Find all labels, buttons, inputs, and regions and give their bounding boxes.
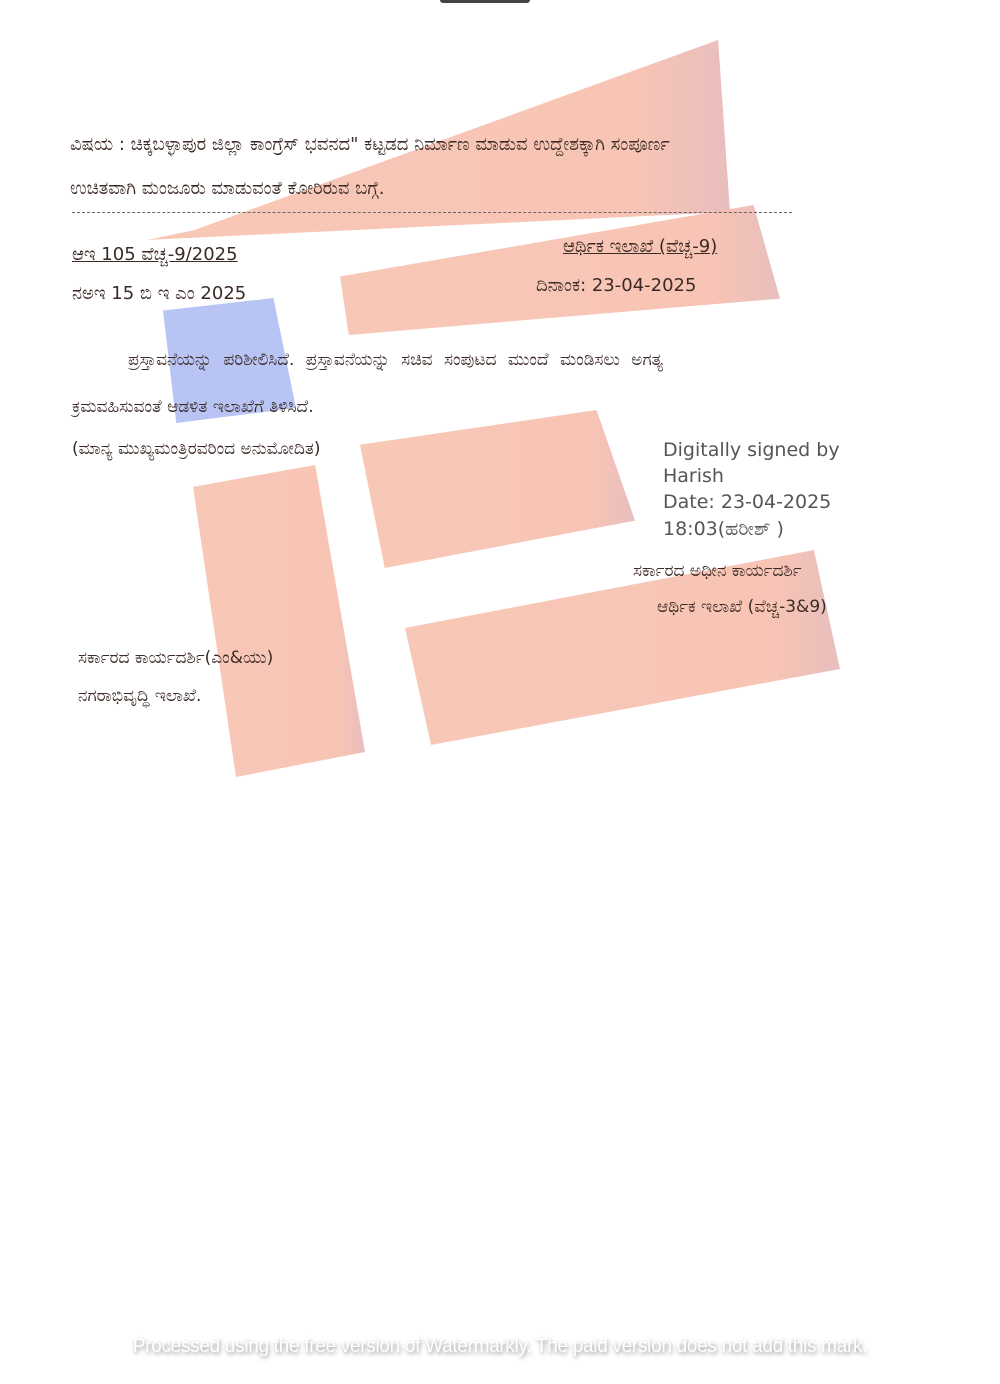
file-number: ಆಇ 105 ವೆಚ್ಚ-9/2025	[72, 244, 238, 266]
body-line-2: ಕ್ರಮವಹಿಸುವಂತೆ ಆಡಳಿತ ಇಲಾಖೆಗೆ ತಿಳಿಸಿದೆ.	[72, 397, 314, 417]
watermark-text: Processed using the free version of Wate…	[0, 1336, 1000, 1358]
signature-signer: Harish	[663, 463, 840, 489]
recipient-designation: ಸರ್ಕಾರದ ಕಾರ್ಯದರ್ಶಿ(ಎಂ&ಯು)	[78, 648, 273, 668]
overlay-shape	[193, 465, 365, 777]
signatory-department: ಆರ್ಥಿಕ ಇಲಾಖೆ (ವೆಚ್ಚ-3&9)	[657, 597, 827, 617]
scan-artifact	[440, 0, 530, 3]
signature-time: 18:03(ಹರೀಶ್ )	[663, 516, 840, 542]
subject-line-1: ವಿಷಯ : ಚಿಕ್ಕಬಳ್ಳಾಪುರ ಜಿಲ್ಲಾ ಕಾಂಗ್ರೆಸ್ ಭವ…	[70, 134, 670, 156]
department-heading: ಆರ್ಥಿಕ ಇಲಾಖೆ (ವೆಚ್ಚ-9)	[563, 236, 717, 258]
subject-line-2: ಉಚಿತವಾಗಿ ಮಂಜೂರು ಮಾಡುವಂತೆ ಕೋರಿರುವ ಬಗ್ಗೆ.	[70, 178, 385, 200]
signatory-designation: ಸರ್ಕಾರದ ಅಧೀನ ಕಾರ್ಯದರ್ಶಿ	[633, 561, 802, 581]
approval-note: (ಮಾನ್ಯ ಮುಖ್ಯಮಂತ್ರಿರವರಿಂದ ಅನುಮೋದಿತ)	[72, 439, 321, 459]
body-line-1: ಪ್ರಸ್ತಾವನೆಯನ್ನು ಪರಿಶೀಲಿಸಿದೆ. ಪ್ರಸ್ತಾವನೆಯ…	[128, 350, 663, 370]
document-date: ದಿನಾಂಕ: 23-04-2025	[536, 275, 696, 297]
digital-signature: Digitally signed by Harish Date: 23-04-2…	[663, 437, 840, 542]
signature-line-1: Digitally signed by	[663, 437, 840, 463]
subject-label: ವಿಷಯ :	[70, 134, 125, 155]
recipient-department: ನಗರಾಭಿವೃದ್ಧಿ ಇಲಾಖೆ.	[78, 686, 201, 706]
overlay-shape	[340, 205, 780, 335]
subject-text: ಚಿಕ್ಕಬಳ್ಳಾಪುರ ಜಿಲ್ಲಾ ಕಾಂಗ್ರೆಸ್ ಭವನದ" ಕಟ್…	[131, 134, 670, 155]
overlay-shape	[360, 410, 635, 568]
divider	[72, 212, 792, 213]
signature-date: Date: 23-04-2025	[663, 489, 840, 515]
ud-number: ನಅಇ 15 ಬಿ ಇ ಎಂ 2025	[72, 283, 246, 305]
